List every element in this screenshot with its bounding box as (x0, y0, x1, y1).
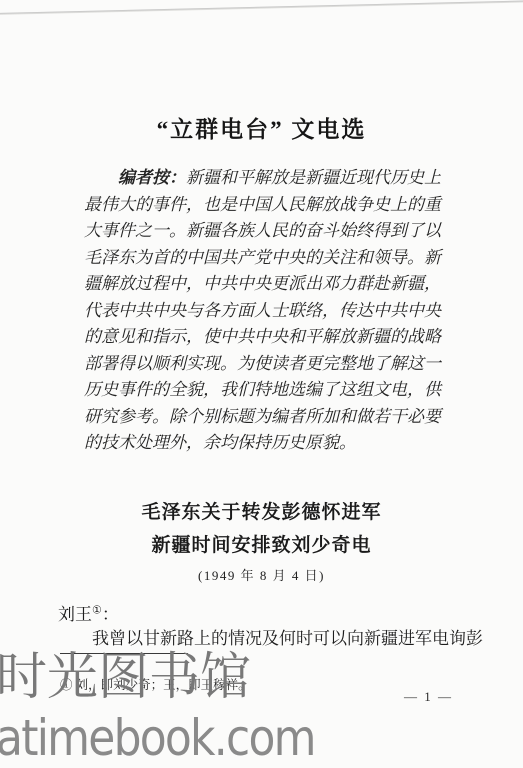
editorial-body: 新疆和平解放是新疆近现代历史上最伟大的事件，也是中国人民解放战争史上的重大事件之… (84, 168, 441, 452)
editorial-label: 编者按： (118, 168, 186, 187)
salutation-names: 刘王 (58, 605, 92, 624)
telegram-body-line1: 我曾以甘新路上的情况及何时可以向新疆进军电询彭 (58, 628, 488, 650)
telegram-title-line2: 新疆时间安排致刘少奇电 (0, 529, 523, 562)
telegram-title: 毛泽东关于转发彭德怀进军 新疆时间安排致刘少奇电 (0, 496, 523, 562)
footnote-reference-mark: ① (92, 604, 102, 616)
watermark-domain-text: atimebook.com (0, 713, 315, 763)
scanned-book-page: “立群电台” 文电选 编者按：新疆和平解放是新疆近现代历史上最伟大的事件，也是中… (0, 0, 523, 768)
salutation-colon: ： (102, 605, 119, 624)
telegram-body: 我曾以甘新路上的情况及何时可以向新疆进军电询彭 (58, 628, 488, 650)
page-title: “立群电台” 文电选 (0, 111, 523, 144)
editorial-note: 编者按：新疆和平解放是新疆近现代历史上最伟大的事件，也是中国人民解放战争史上的重… (84, 165, 441, 457)
telegram-date: (1949 年 8 月 4 日) (0, 565, 523, 584)
page-number: — 1 — (404, 689, 453, 705)
telegram-title-line1: 毛泽东关于转发彭德怀进军 (0, 496, 523, 529)
scan-edge-line (0, 0, 523, 15)
watermark-library-name: 时光图书馆 (0, 651, 251, 702)
telegram-salutation: 刘王①： (58, 600, 119, 625)
